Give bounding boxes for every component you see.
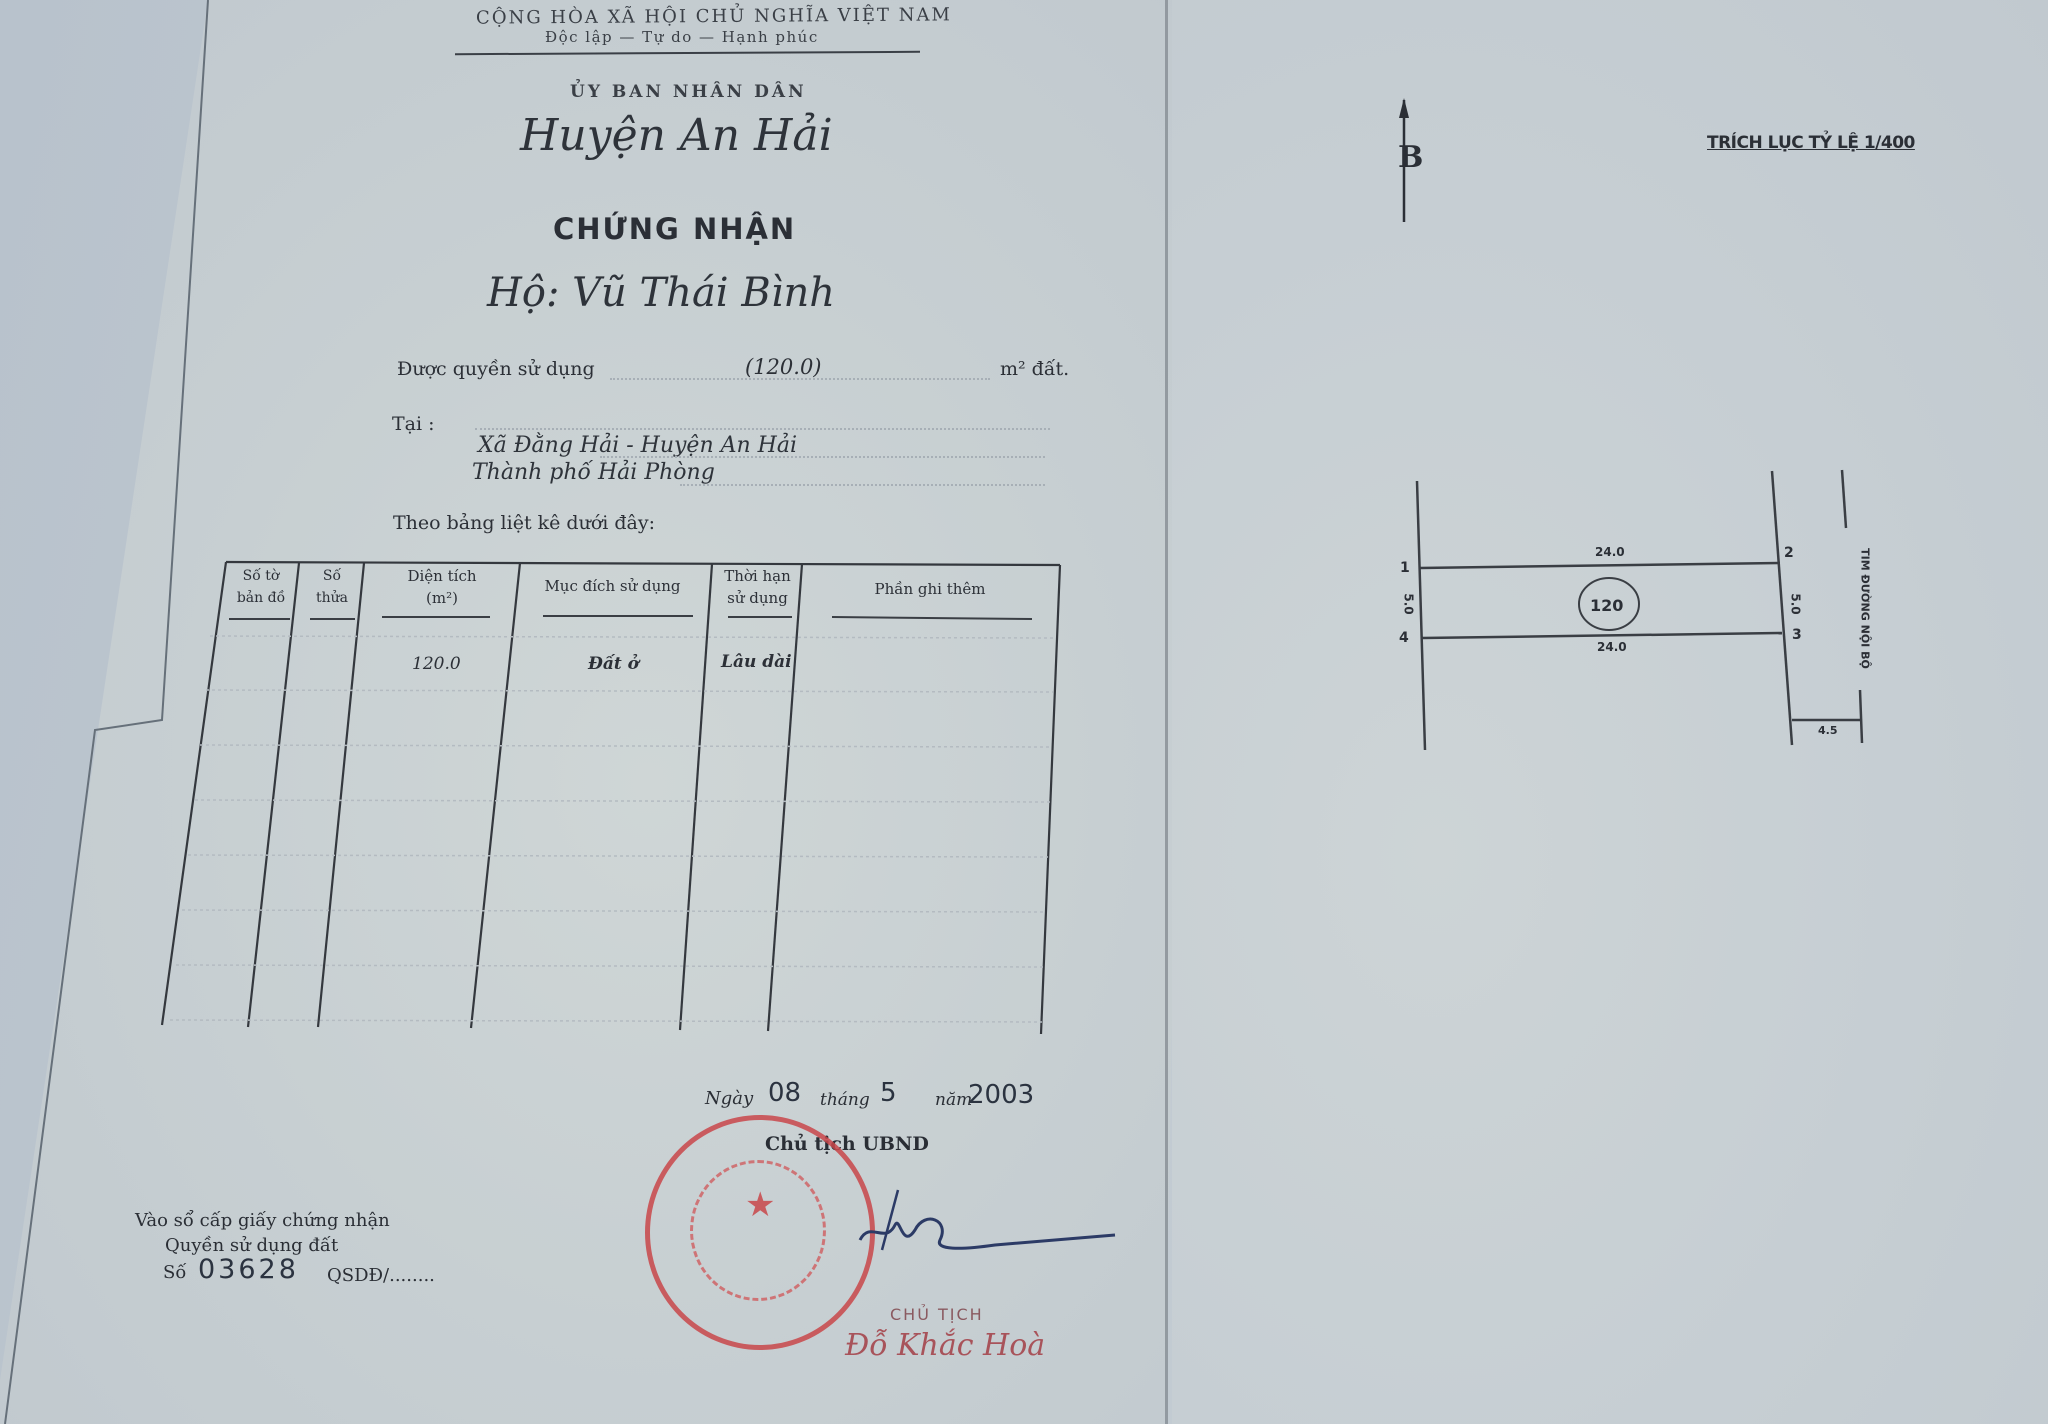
road-offset: 4.5 bbox=[1818, 724, 1838, 737]
date-year-label: năm bbox=[935, 1090, 972, 1110]
date-prefix: Ngày bbox=[705, 1088, 753, 1109]
location-label: Tại : bbox=[392, 413, 435, 435]
location-line-1: Xã Đằng Hải - Huyện An Hải bbox=[478, 433, 797, 458]
usage-rights-label: Được quyền sử dụng bbox=[397, 358, 595, 380]
holder-name: Hộ: Vũ Thái Bình bbox=[487, 270, 835, 316]
dotted-line bbox=[680, 484, 1045, 486]
left-width: 5.0 bbox=[1402, 593, 1416, 614]
date-month: 5 bbox=[880, 1078, 897, 1108]
corner-4: 4 bbox=[1399, 630, 1409, 646]
location-line-2: Thành phố Hải Phòng bbox=[472, 460, 715, 485]
header-map-sheet: Số tờ bản đồ bbox=[230, 565, 292, 609]
signer-name: Đỗ Khắc Hoà bbox=[845, 1328, 1045, 1363]
usage-unit: m² đất. bbox=[1000, 358, 1069, 380]
country-header: CỘNG HÒA XÃ HỘI CHỦ NGHĨA VIỆT NAM bbox=[476, 4, 952, 28]
date-month-label: tháng bbox=[820, 1090, 870, 1110]
dotted-line bbox=[475, 428, 1050, 430]
road-label: TIM ĐƯỜNG NỘI BỘ bbox=[1859, 524, 1872, 694]
map-scale-title: TRÍCH LỤC TỶ LỆ 1/400 bbox=[1707, 133, 1915, 153]
star-icon: ★ bbox=[745, 1185, 775, 1225]
issuer-label: ỦY BAN NHÂN DÂN bbox=[570, 82, 807, 102]
parcel-area-label: 120 bbox=[1590, 596, 1623, 615]
registration-line-2: Quyền sử dụng đất bbox=[165, 1235, 338, 1256]
header-duration: Thời hạn sử dụng bbox=[715, 565, 800, 609]
header-parcel-no: Số thửa bbox=[310, 565, 354, 609]
header-notes: Phần ghi thêm bbox=[830, 578, 1030, 600]
cell-duration: Lâu dài bbox=[721, 652, 792, 672]
corner-3: 3 bbox=[1792, 627, 1802, 643]
corner-2: 2 bbox=[1784, 545, 1794, 561]
registration-number-label: Số bbox=[163, 1262, 186, 1283]
date-day: 08 bbox=[768, 1078, 801, 1108]
header-usage-purpose: Mục đích sử dụng bbox=[530, 575, 695, 597]
usage-area: (120.0) bbox=[745, 355, 822, 379]
table-intro: Theo bảng liệt kê dưới đây: bbox=[393, 512, 655, 534]
cell-usage-purpose: Đất ở bbox=[588, 654, 639, 674]
signature-scribble bbox=[790, 1180, 1120, 1270]
document-title: CHỨNG NHẬN bbox=[553, 212, 796, 246]
right-width: 5.0 bbox=[1789, 593, 1803, 614]
bottom-length: 24.0 bbox=[1597, 640, 1627, 654]
issuer-name: Huyện An Hải bbox=[520, 110, 833, 161]
stamp-title: CHỦ TỊCH bbox=[890, 1305, 984, 1324]
motto: Độc lập — Tự do — Hạnh phúc bbox=[545, 28, 819, 46]
north-label: B bbox=[1398, 140, 1423, 175]
registration-number: 03628 bbox=[198, 1254, 299, 1285]
registration-suffix: QSDĐ/........ bbox=[327, 1265, 435, 1286]
header-area: Diện tích (m²) bbox=[392, 565, 492, 609]
corner-1: 1 bbox=[1400, 560, 1410, 576]
dotted-line bbox=[600, 456, 1045, 458]
cell-area: 120.0 bbox=[412, 654, 461, 674]
registration-line-1: Vào sổ cấp giấy chứng nhận bbox=[135, 1210, 390, 1231]
date-year: 2003 bbox=[968, 1080, 1034, 1110]
top-length: 24.0 bbox=[1595, 545, 1625, 559]
map-right-page bbox=[1172, 0, 2048, 1424]
page-spine bbox=[1165, 0, 1168, 1424]
